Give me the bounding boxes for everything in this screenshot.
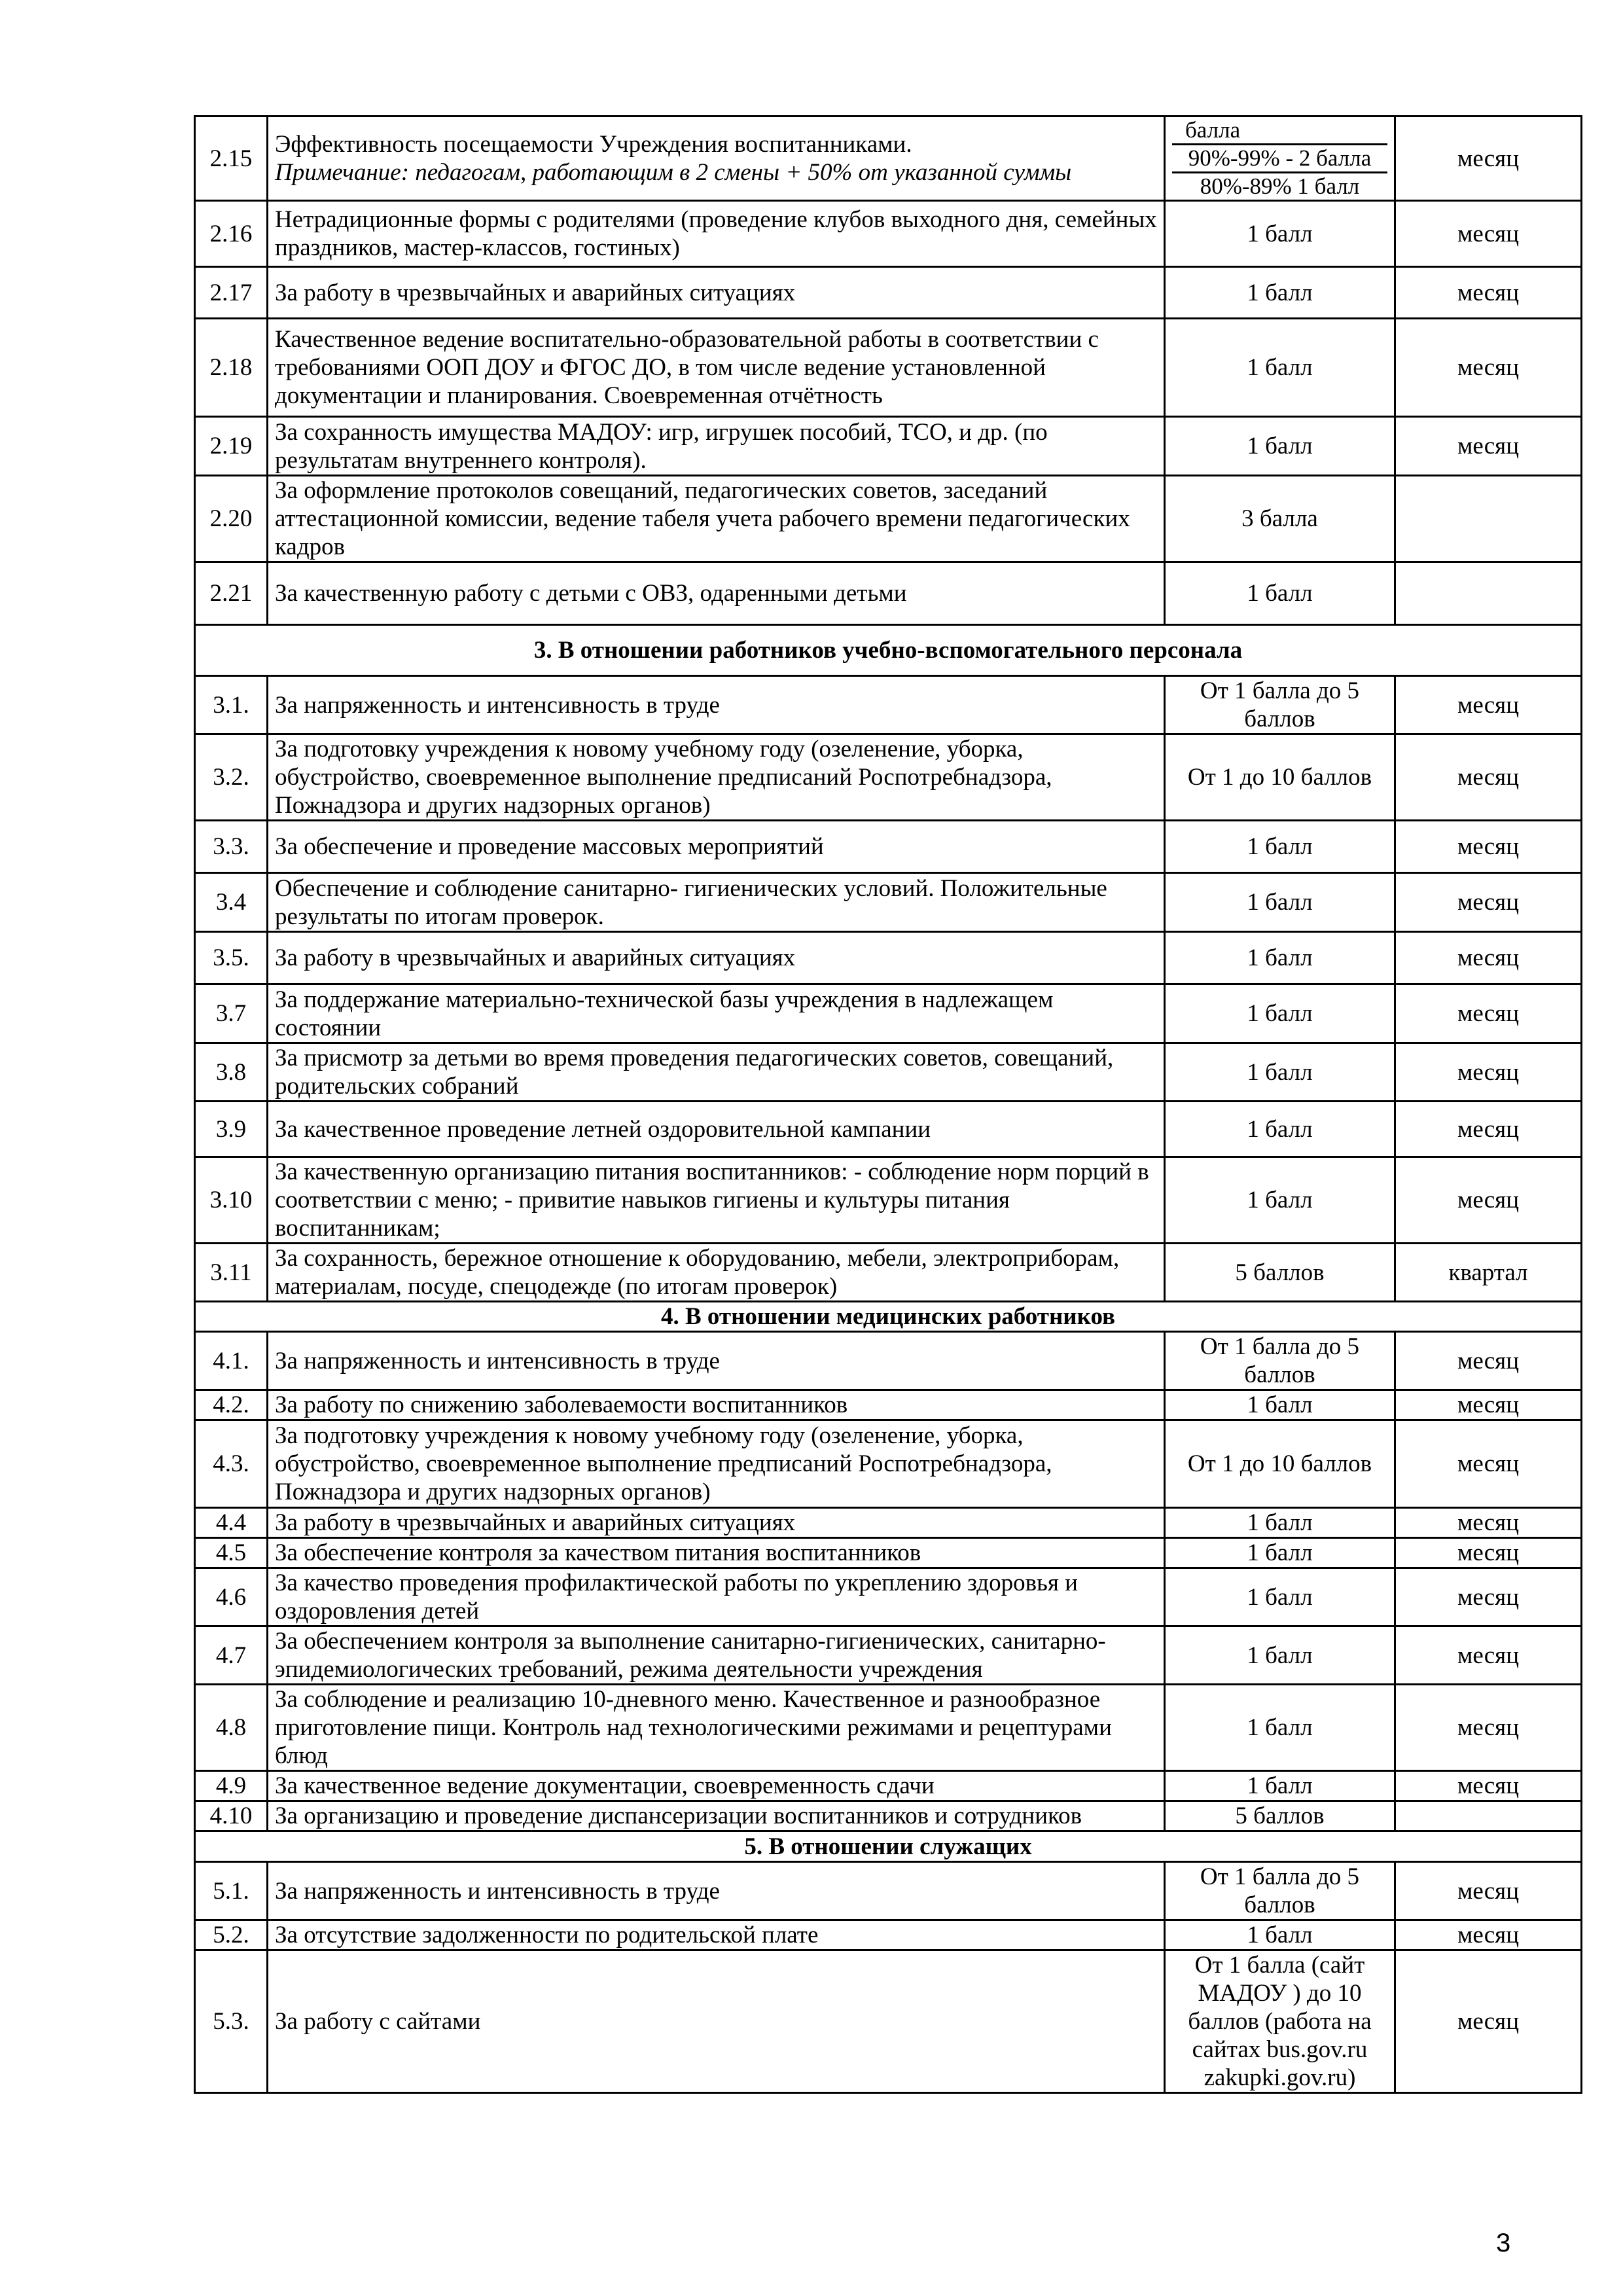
section-header-row: 3. В отношении работников учебно-вспомог… <box>195 625 1582 676</box>
points-cell: 1 балл <box>1165 201 1395 267</box>
table-row: 2.20За оформление протоколов совещаний, … <box>195 476 1582 562</box>
item-number: 3.11 <box>195 1244 268 1302</box>
item-number: 2.18 <box>195 319 268 417</box>
description-text: За качественное ведение документации, св… <box>275 1772 935 1799</box>
table-row: 4.5За обеспечение контроля за качеством … <box>195 1538 1582 1568</box>
period-cell: месяц <box>1395 1771 1582 1801</box>
period-cell: месяц <box>1395 1626 1582 1685</box>
period-cell: месяц <box>1395 117 1582 201</box>
description-text: Качественное ведение воспитательно-образ… <box>275 326 1099 409</box>
description-text: За качественное проведение летней оздоро… <box>275 1116 931 1143</box>
points-cell: 1 балл <box>1165 1390 1395 1420</box>
points-cell: 1 балл <box>1165 1568 1395 1626</box>
table-row: 5.1.За напряженность и интенсивность в т… <box>195 1862 1582 1920</box>
item-number: 5.3. <box>195 1950 268 2093</box>
item-number: 4.4 <box>195 1508 268 1538</box>
item-number: 4.10 <box>195 1801 268 1831</box>
points-cell: От 1 до 10 баллов <box>1165 734 1395 821</box>
item-description: За обеспечением контроля за выполнение с… <box>268 1626 1165 1685</box>
points-cell: 1 балл <box>1165 1538 1395 1568</box>
item-description: За качественную работу с детьми с ОВЗ, о… <box>268 562 1165 625</box>
period-cell <box>1395 562 1582 625</box>
description-note: Примечание: педагогам, работающим в 2 см… <box>275 158 1157 187</box>
bonus-criteria-table: 2.15Эффективность посещаемости Учреждени… <box>194 115 1582 2094</box>
points-cell: 1 балл <box>1165 1685 1395 1771</box>
section-title: 3. В отношении работников учебно-вспомог… <box>195 625 1582 676</box>
table-row: 3.10За качественную организацию питания … <box>195 1157 1582 1244</box>
description-text: За работу по снижению заболеваемости вос… <box>275 1391 847 1418</box>
description-text: За работу в чрезвычайных и аварийных сит… <box>275 944 795 971</box>
table-row: 3.3.За обеспечение и проведение массовых… <box>195 821 1582 873</box>
description-text: За напряженность и интенсивность в труде <box>275 1348 720 1374</box>
section-title: 5. В отношении служащих <box>195 1831 1582 1862</box>
points-cell: 1 балл <box>1165 267 1395 319</box>
item-description: Качественное ведение воспитательно-образ… <box>268 319 1165 417</box>
description-text: За подготовку учреждения к новому учебно… <box>275 1422 1052 1505</box>
item-description: Обеспечение и соблюдение санитарно- гиги… <box>268 873 1165 932</box>
item-number: 3.3. <box>195 821 268 873</box>
period-cell: месяц <box>1395 1390 1582 1420</box>
table-row: 3.2.За подготовку учреждения к новому уч… <box>195 734 1582 821</box>
description-text: За сохранность, бережное отношение к обо… <box>275 1245 1119 1300</box>
table-row: 2.18Качественное ведение воспитательно-о… <box>195 319 1582 417</box>
item-number: 2.21 <box>195 562 268 625</box>
item-number: 3.8 <box>195 1043 268 1102</box>
item-number: 4.8 <box>195 1685 268 1771</box>
item-description: За качественную организацию питания восп… <box>268 1157 1165 1244</box>
table-row: 3.8За присмотр за детьми во время провед… <box>195 1043 1582 1102</box>
item-number: 5.2. <box>195 1920 268 1950</box>
points-cell: 1 балл <box>1165 873 1395 932</box>
description-text: За обеспечение контроля за качеством пит… <box>275 1539 921 1566</box>
points-cell: 1 балл <box>1165 562 1395 625</box>
points-cell: 1 балл <box>1165 1102 1395 1157</box>
item-number: 2.20 <box>195 476 268 562</box>
points-cell: 1 балл <box>1165 821 1395 873</box>
description-text: За качественную работу с детьми с ОВЗ, о… <box>275 580 907 607</box>
table-body: 2.15Эффективность посещаемости Учреждени… <box>195 117 1582 2093</box>
item-number: 2.16 <box>195 201 268 267</box>
period-cell: месяц <box>1395 1332 1582 1390</box>
item-description: За соблюдение и реализацию 10-дневного м… <box>268 1685 1165 1771</box>
item-description: Эффективность посещаемости Учреждения во… <box>268 117 1165 201</box>
item-number: 3.5. <box>195 932 268 984</box>
period-cell: месяц <box>1395 1508 1582 1538</box>
description-text: За работу с сайтами <box>275 2008 480 2035</box>
table-row: 4.3.За подготовку учреждения к новому уч… <box>195 1420 1582 1508</box>
points-cell: 1 балл <box>1165 417 1395 476</box>
table-row: 5.3.За работу с сайтамиОт 1 балла (сайт … <box>195 1950 1582 2093</box>
item-description: За работу в чрезвычайных и аварийных сит… <box>268 932 1165 984</box>
item-number: 4.1. <box>195 1332 268 1390</box>
period-cell: месяц <box>1395 1420 1582 1508</box>
item-number: 5.1. <box>195 1862 268 1920</box>
item-description: За сохранность, бережное отношение к обо… <box>268 1244 1165 1302</box>
item-number: 3.10 <box>195 1157 268 1244</box>
points-subcell: балла <box>1172 117 1387 145</box>
points-cell: 1 балл <box>1165 932 1395 984</box>
description-text: За подготовку учреждения к новому учебно… <box>275 736 1052 819</box>
period-cell <box>1395 476 1582 562</box>
table-row: 4.10За организацию и проведение диспансе… <box>195 1801 1582 1831</box>
period-cell: месяц <box>1395 1538 1582 1568</box>
item-number: 3.4 <box>195 873 268 932</box>
item-description: За работу с сайтами <box>268 1950 1165 2093</box>
table-row: 4.8За соблюдение и реализацию 10-дневног… <box>195 1685 1582 1771</box>
item-description: За работу по снижению заболеваемости вос… <box>268 1390 1165 1420</box>
period-cell: месяц <box>1395 821 1582 873</box>
item-description: За работу в чрезвычайных и аварийных сит… <box>268 1508 1165 1538</box>
section-header-row: 4. В отношении медицинских работников <box>195 1302 1582 1332</box>
table-row: 4.2.За работу по снижению заболеваемости… <box>195 1390 1582 1420</box>
page-number: 3 <box>1496 2229 1510 2258</box>
period-cell: месяц <box>1395 1157 1582 1244</box>
points-cell: 5 баллов <box>1165 1244 1395 1302</box>
item-number: 4.5 <box>195 1538 268 1568</box>
period-cell: месяц <box>1395 1043 1582 1102</box>
item-description: За сохранность имущества МАДОУ: игр, игр… <box>268 417 1165 476</box>
period-cell: месяц <box>1395 1862 1582 1920</box>
period-cell: квартал <box>1395 1244 1582 1302</box>
table-row: 3.11За сохранность, бережное отношение к… <box>195 1244 1582 1302</box>
description-text: За организацию и проведение диспансериза… <box>275 1803 1082 1829</box>
description-text: За поддержание материально-технической б… <box>275 986 1053 1041</box>
item-description: За организацию и проведение диспансериза… <box>268 1801 1165 1831</box>
points-cell: 1 балл <box>1165 1508 1395 1538</box>
item-description: За качественное проведение летней оздоро… <box>268 1102 1165 1157</box>
period-cell: месяц <box>1395 1950 1582 2093</box>
item-description: За напряженность и интенсивность в труде <box>268 1862 1165 1920</box>
item-number: 2.19 <box>195 417 268 476</box>
table-row: 3.9За качественное проведение летней озд… <box>195 1102 1582 1157</box>
table-row: 4.7За обеспечением контроля за выполнени… <box>195 1626 1582 1685</box>
description-text: За напряженность и интенсивность в труде <box>275 692 720 719</box>
item-number: 4.9 <box>195 1771 268 1801</box>
period-cell: месяц <box>1395 734 1582 821</box>
item-number: 3.1. <box>195 676 268 734</box>
item-number: 4.3. <box>195 1420 268 1508</box>
points-cell: 1 балл <box>1165 1157 1395 1244</box>
item-description: За присмотр за детьми во время проведени… <box>268 1043 1165 1102</box>
table-row: 2.21За качественную работу с детьми с ОВ… <box>195 562 1582 625</box>
table-row: 4.6За качество проведения профилактическ… <box>195 1568 1582 1626</box>
item-description: Нетрадиционные формы с родителями (прове… <box>268 201 1165 267</box>
item-description: За подготовку учреждения к новому учебно… <box>268 734 1165 821</box>
period-cell: месяц <box>1395 201 1582 267</box>
description-text: Обеспечение и соблюдение санитарно- гиги… <box>275 875 1107 930</box>
description-text: За отсутствие задолженности по родительс… <box>275 1922 818 1948</box>
description-text: Нетрадиционные формы с родителями (прове… <box>275 206 1157 261</box>
table-row: 5.2.За отсутствие задолженности по родит… <box>195 1920 1582 1950</box>
table-row: 3.1.За напряженность и интенсивность в т… <box>195 676 1582 734</box>
item-description: За качественное ведение документации, св… <box>268 1771 1165 1801</box>
item-number: 4.7 <box>195 1626 268 1685</box>
period-cell: месяц <box>1395 676 1582 734</box>
table-row: 4.9За качественное ведение документации,… <box>195 1771 1582 1801</box>
item-number: 4.2. <box>195 1390 268 1420</box>
points-cell: От 1 балла до 5 баллов <box>1165 1862 1395 1920</box>
description-text: За присмотр за детьми во время проведени… <box>275 1045 1113 1100</box>
points-cell: балла90%-99% - 2 балла80%-89% 1 балл <box>1165 117 1395 201</box>
table-row: 3.4Обеспечение и соблюдение санитарно- г… <box>195 873 1582 932</box>
table-row: 2.17За работу в чрезвычайных и аварийных… <box>195 267 1582 319</box>
period-cell: месяц <box>1395 873 1582 932</box>
description-text: За сохранность имущества МАДОУ: игр, игр… <box>275 419 1048 474</box>
item-number: 3.9 <box>195 1102 268 1157</box>
points-subcell: 80%-89% 1 балл <box>1172 173 1387 200</box>
table-row: 2.15Эффективность посещаемости Учреждени… <box>195 117 1582 201</box>
item-description: За поддержание материально-технической б… <box>268 984 1165 1043</box>
points-cell: 3 балла <box>1165 476 1395 562</box>
period-cell: месяц <box>1395 267 1582 319</box>
points-cell: 1 балл <box>1165 1626 1395 1685</box>
points-cell: 1 балл <box>1165 1043 1395 1102</box>
period-cell: месяц <box>1395 1568 1582 1626</box>
description-text: За соблюдение и реализацию 10-дневного м… <box>275 1686 1112 1769</box>
description-text: За качество проведения профилактической … <box>275 1570 1078 1624</box>
points-cell: 1 балл <box>1165 1771 1395 1801</box>
item-description: За качество проведения профилактической … <box>268 1568 1165 1626</box>
description-text: За оформление протоколов совещаний, педа… <box>275 477 1130 560</box>
description-text: За работу в чрезвычайных и аварийных сит… <box>275 1509 795 1536</box>
description-text: За работу в чрезвычайных и аварийных сит… <box>275 279 795 306</box>
item-number: 2.17 <box>195 267 268 319</box>
item-number: 4.6 <box>195 1568 268 1626</box>
item-description: За работу в чрезвычайных и аварийных сит… <box>268 267 1165 319</box>
item-number: 3.2. <box>195 734 268 821</box>
period-cell: месяц <box>1395 319 1582 417</box>
period-cell <box>1395 1801 1582 1831</box>
item-number: 2.15 <box>195 117 268 201</box>
points-cell: 1 балл <box>1165 1920 1395 1950</box>
table-row: 3.7За поддержание материально-техническо… <box>195 984 1582 1043</box>
description-text: За обеспечение и проведение массовых мер… <box>275 833 824 860</box>
item-description: За напряженность и интенсивность в труде <box>268 676 1165 734</box>
description-text: За обеспечением контроля за выполнение с… <box>275 1628 1106 1683</box>
description-text: Эффективность посещаемости Учреждения во… <box>275 131 912 158</box>
item-description: За отсутствие задолженности по родительс… <box>268 1920 1165 1950</box>
item-description: За подготовку учреждения к новому учебно… <box>268 1420 1165 1508</box>
table-row: 4.4За работу в чрезвычайных и аварийных … <box>195 1508 1582 1538</box>
description-text: За напряженность и интенсивность в труде <box>275 1878 720 1905</box>
table-row: 4.1.За напряженность и интенсивность в т… <box>195 1332 1582 1390</box>
table-row: 2.16Нетрадиционные формы с родителями (п… <box>195 201 1582 267</box>
item-description: За обеспечение и проведение массовых мер… <box>268 821 1165 873</box>
points-cell: 5 баллов <box>1165 1801 1395 1831</box>
period-cell: месяц <box>1395 932 1582 984</box>
period-cell: месяц <box>1395 1920 1582 1950</box>
points-cell: От 1 балла до 5 баллов <box>1165 676 1395 734</box>
period-cell: месяц <box>1395 1685 1582 1771</box>
points-cell: 1 балл <box>1165 984 1395 1043</box>
section-header-row: 5. В отношении служащих <box>195 1831 1582 1862</box>
section-title: 4. В отношении медицинских работников <box>195 1302 1582 1332</box>
item-description: За напряженность и интенсивность в труде <box>268 1332 1165 1390</box>
item-description: За обеспечение контроля за качеством пит… <box>268 1538 1165 1568</box>
points-cell: От 1 балла до 5 баллов <box>1165 1332 1395 1390</box>
item-description: За оформление протоколов совещаний, педа… <box>268 476 1165 562</box>
table-row: 2.19За сохранность имущества МАДОУ: игр,… <box>195 417 1582 476</box>
points-subcell: 90%-99% - 2 балла <box>1172 145 1387 173</box>
description-text: За качественную организацию питания восп… <box>275 1158 1149 1242</box>
points-cell: 1 балл <box>1165 319 1395 417</box>
table-row: 3.5.За работу в чрезвычайных и аварийных… <box>195 932 1582 984</box>
item-number: 3.7 <box>195 984 268 1043</box>
period-cell: месяц <box>1395 417 1582 476</box>
points-cell: От 1 до 10 баллов <box>1165 1420 1395 1508</box>
period-cell: месяц <box>1395 984 1582 1043</box>
period-cell: месяц <box>1395 1102 1582 1157</box>
points-cell: От 1 балла (сайт МАДОУ ) до 10 баллов (р… <box>1165 1950 1395 2093</box>
